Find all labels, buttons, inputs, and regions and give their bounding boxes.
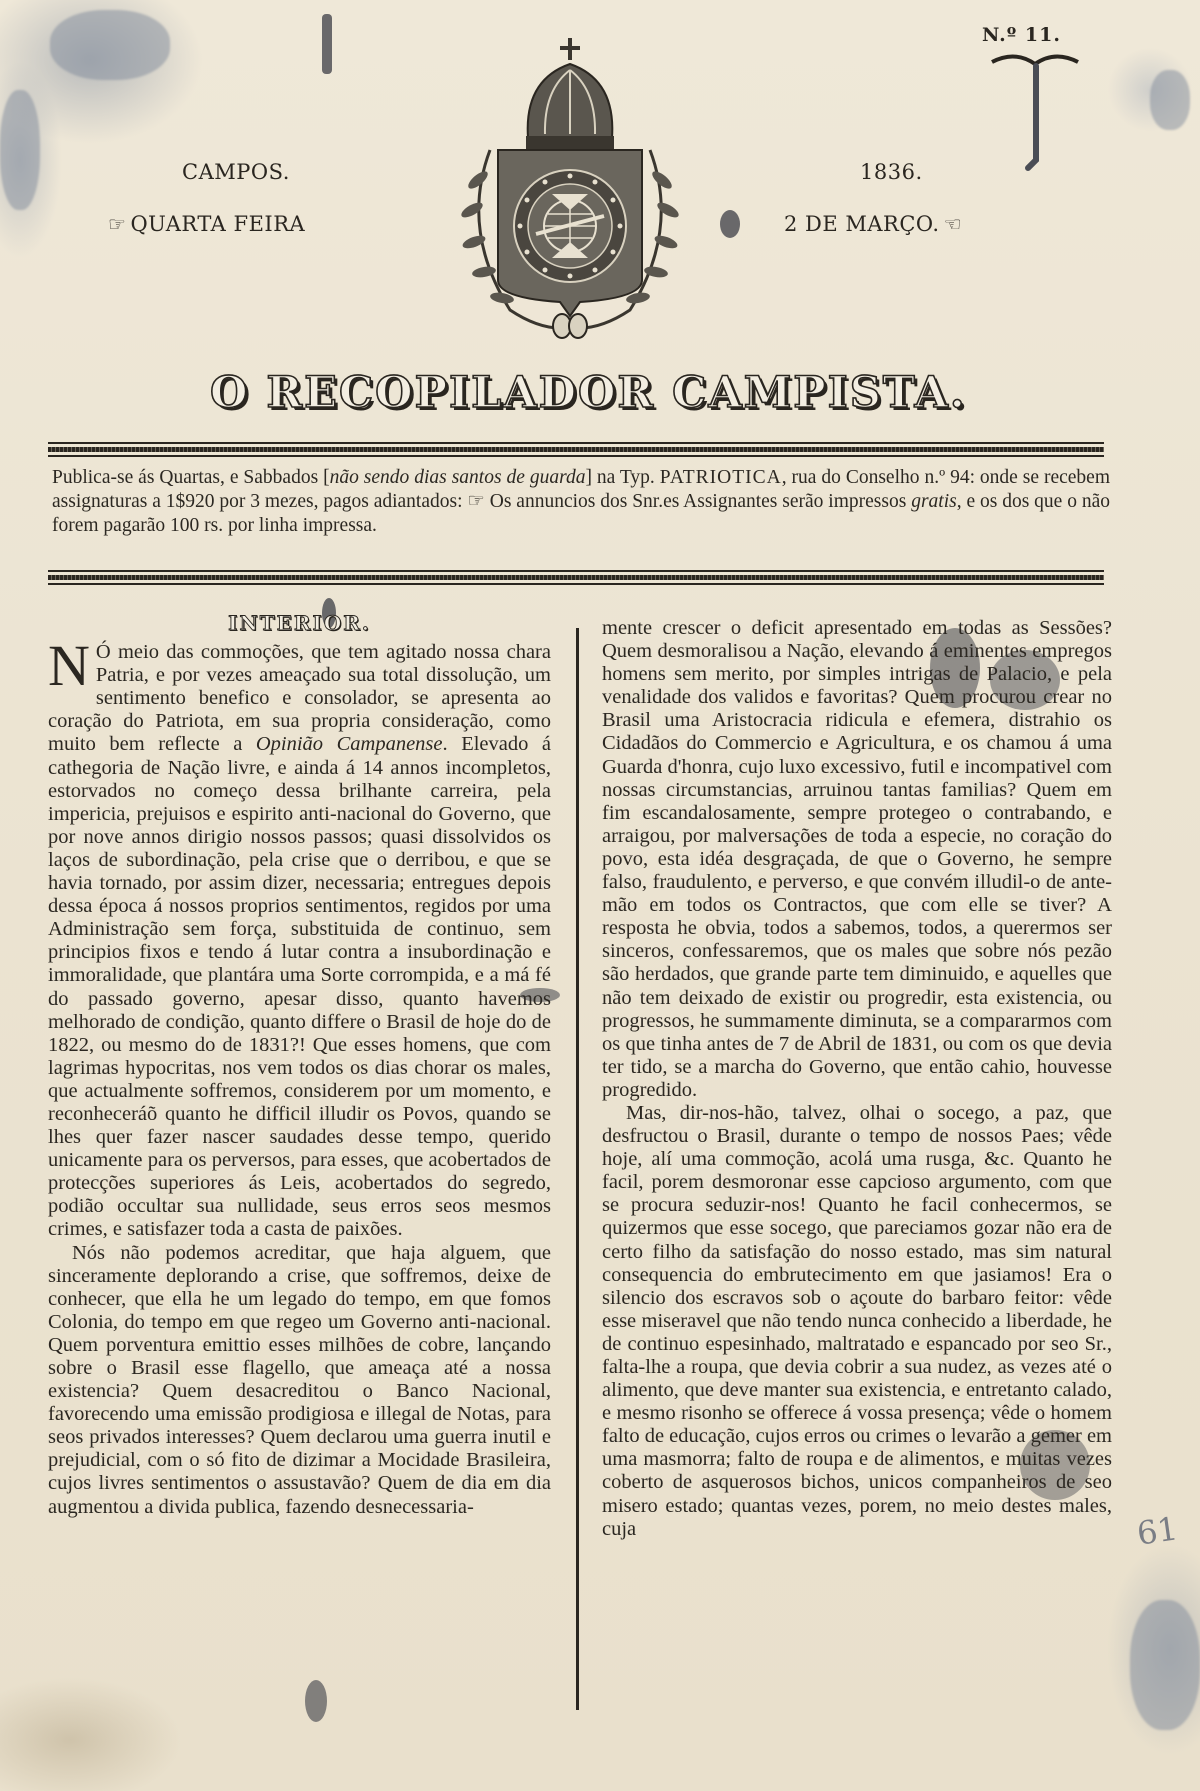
- cited-newspaper: Opinião Campanense: [256, 733, 443, 755]
- coat-of-arms-icon: [440, 30, 700, 340]
- ink-blot: [305, 1680, 327, 1722]
- water-stain: [1150, 70, 1190, 130]
- article-paragraph: Nós não podemos acreditar, que haja algu…: [48, 1242, 551, 1519]
- water-stain: [0, 90, 40, 210]
- issue-number: N.º 11.: [982, 24, 1061, 46]
- article-paragraph: Mas, dir-nos-hão, talvez, olhai o socego…: [602, 1102, 1112, 1541]
- date-line: 2 DE MARÇO. ☜: [784, 212, 962, 236]
- bottom-rule: [48, 570, 1104, 585]
- newspaper-title: O RECOPILADOR CAMPISTA.: [210, 368, 930, 418]
- typography-name: PATRIOTICA: [660, 467, 782, 488]
- article-paragraph: mente crescer o deficit apresentado em t…: [602, 617, 1112, 1102]
- ink-blot: [720, 210, 740, 238]
- subscription-notice: Publica-se ás Quartas, e Sabbados [não s…: [52, 466, 1110, 538]
- drop-cap: N: [48, 643, 90, 689]
- section-heading: INTERIOR.: [48, 612, 551, 635]
- column-divider: [576, 628, 579, 1710]
- place-label: CAMPOS.: [182, 160, 290, 184]
- date-label: 2 DE MARÇO.: [784, 212, 940, 236]
- article-column-right: mente crescer o deficit apresentado em t…: [602, 617, 1112, 1541]
- weekday-line: ☞ QUARTA FEIRA: [108, 212, 305, 236]
- pointing-hand-icon: ☞: [108, 214, 126, 234]
- gratis-italic: gratis: [911, 491, 957, 512]
- article-paragraph: NÓ meio das commoções, que tem agitado n…: [48, 641, 551, 1241]
- water-stain: [1130, 1600, 1200, 1730]
- newspaper-page: N.º 11. CAMPOS. 1836. ☞ QUARTA FEIRA 2 D…: [0, 0, 1200, 1791]
- pointing-hand-icon: ☜: [944, 214, 962, 234]
- water-stain: [50, 10, 170, 80]
- handwritten-mark-icon: [990, 52, 1080, 172]
- top-rule: [48, 442, 1104, 457]
- ink-blot: [322, 14, 332, 74]
- weekday-label: QUARTA FEIRA: [130, 212, 305, 236]
- handwritten-page-number: 61: [1135, 1509, 1181, 1552]
- year-label: 1836.: [860, 160, 923, 184]
- subscription-italic: não sendo dias santos de guarda: [330, 467, 586, 488]
- article-column-left: INTERIOR. NÓ meio das commoções, que tem…: [48, 612, 551, 1519]
